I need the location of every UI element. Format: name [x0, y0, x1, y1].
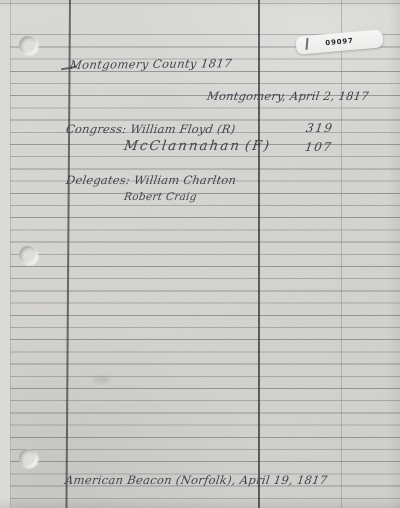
congress-candidate-1-party: (R)	[216, 122, 236, 136]
congress-candidate-2: McClannahan(F)	[123, 140, 272, 154]
punch-hole-bottom	[19, 449, 37, 467]
punch-hole-top	[19, 36, 37, 54]
delegate-1-name: William Charlton	[133, 173, 237, 187]
smudge	[94, 376, 110, 383]
delegate-2-name: Robert Craig	[123, 192, 197, 203]
congress-candidate-2-party: (F)	[244, 138, 272, 154]
paper-top-edge-line	[0, 3, 400, 4]
center-rule-line	[258, 0, 260, 508]
source-citation: American Beacon (Norfolk), April 19, 181…	[64, 475, 328, 487]
punch-hole-middle	[19, 246, 37, 264]
scanned-notebook-page: 09097 Montgomery County 1817 Montgomery,…	[0, 0, 400, 508]
congress-candidate-1-votes: 319	[305, 122, 334, 134]
congress-candidate-1-name: William Floyd	[129, 122, 214, 136]
congress-label: Congress:	[65, 122, 127, 136]
title-line: Montgomery County 1817	[69, 58, 232, 71]
congress-line: Congress:William Floyd(R)	[65, 124, 236, 136]
dateline: Montgomery, April 2, 1817	[206, 91, 369, 103]
delegates-line: Delegates:William Charlton	[65, 175, 237, 187]
congress-candidate-2-name: McClannahan	[123, 138, 242, 154]
congress-candidate-2-votes: 107	[304, 141, 333, 153]
right-faint-rule-line	[341, 0, 342, 508]
delegates-label: Delegates:	[65, 173, 131, 187]
